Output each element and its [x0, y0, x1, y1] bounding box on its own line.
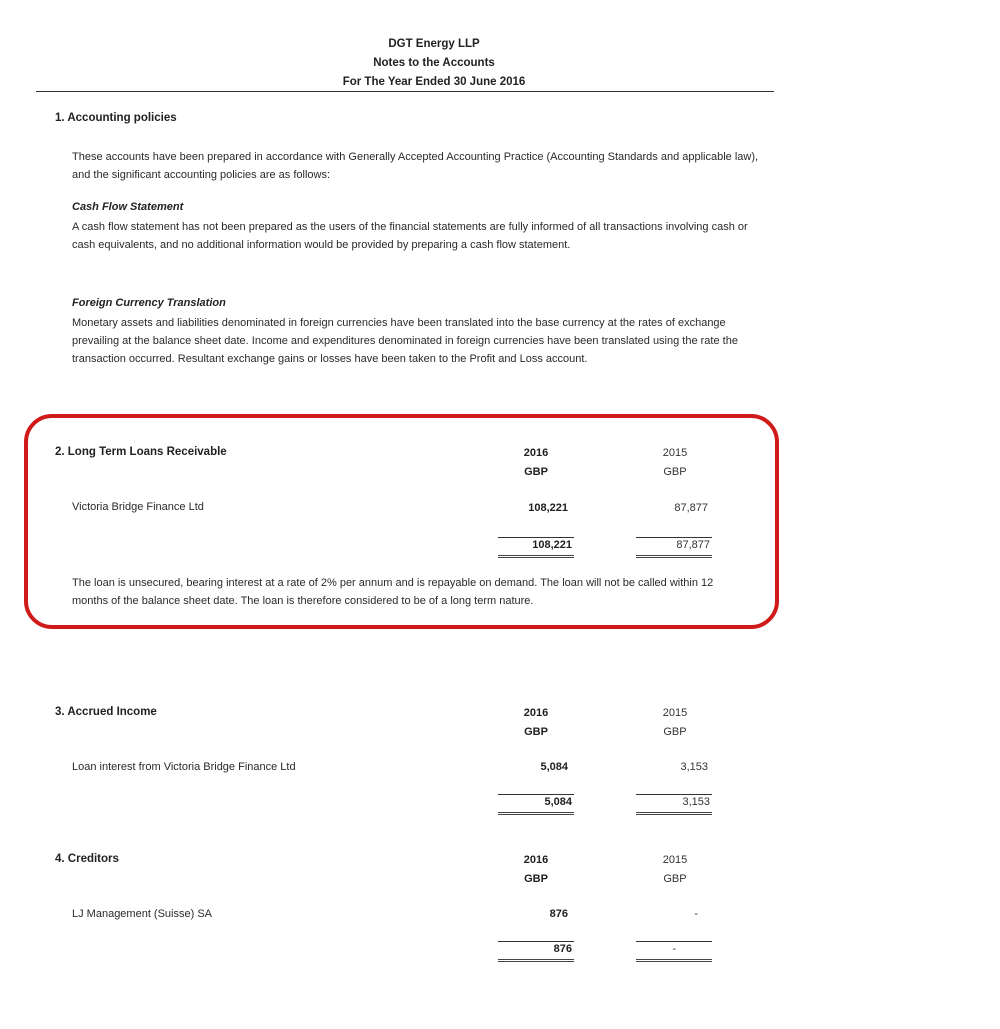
column-year-2015: 2015 GBP	[640, 851, 710, 889]
column-year-2015: 2015 GBP	[640, 704, 710, 742]
total-2016: 876	[498, 941, 574, 958]
year-label: 2016	[501, 444, 571, 463]
total-2015: -	[636, 941, 712, 958]
currency-label: GBP	[640, 463, 710, 482]
column-year-2016: 2016 GBP	[501, 444, 571, 482]
reporting-period: For The Year Ended 30 June 2016	[0, 76, 868, 88]
document-page: DGT Energy LLP Notes to the Accounts For…	[0, 0, 1000, 1029]
currency-label: GBP	[501, 870, 571, 889]
row-label-loan: Victoria Bridge Finance Ltd	[72, 501, 204, 513]
year-label: 2016	[501, 704, 571, 723]
accounting-policies-intro: These accounts have been prepared in acc…	[72, 148, 772, 184]
amount-2015: 87,877	[628, 502, 708, 514]
amount-2016: 5,084	[488, 761, 568, 773]
currency-label: GBP	[501, 723, 571, 742]
year-label: 2016	[501, 851, 571, 870]
total-amount-2015: -	[596, 943, 676, 955]
currency-label: GBP	[501, 463, 571, 482]
total-amount-2016: 876	[492, 943, 572, 955]
year-label: 2015	[640, 444, 710, 463]
year-label: 2015	[640, 851, 710, 870]
column-year-2016: 2016 GBP	[501, 851, 571, 889]
total-amount-2015: 3,153	[630, 796, 710, 808]
foreign-currency-text: Monetary assets and liabilities denomina…	[72, 314, 772, 368]
amount-2015: -	[618, 908, 698, 920]
amount-2016: 108,221	[488, 502, 568, 514]
row-label-creditor: LJ Management (Suisse) SA	[72, 908, 212, 920]
currency-label: GBP	[640, 870, 710, 889]
amount-2016: 876	[488, 908, 568, 920]
header-divider	[36, 91, 774, 92]
section-title-accrued-income: 3. Accrued Income	[55, 706, 157, 718]
column-year-2016: 2016 GBP	[501, 704, 571, 742]
cash-flow-statement-title: Cash Flow Statement	[72, 201, 183, 213]
total-2015: 3,153	[636, 794, 712, 811]
section-title-long-term-loans: 2. Long Term Loans Receivable	[55, 446, 227, 458]
company-name: DGT Energy LLP	[0, 38, 868, 50]
total-amount-2016: 108,221	[492, 539, 572, 551]
total-amount-2015: 87,877	[630, 539, 710, 551]
total-2016: 5,084	[498, 794, 574, 811]
total-amount-2016: 5,084	[492, 796, 572, 808]
section-title-creditors: 4. Creditors	[55, 853, 119, 865]
column-year-2015: 2015 GBP	[640, 444, 710, 482]
section-title-accounting-policies: 1. Accounting policies	[55, 112, 177, 124]
total-2015: 87,877	[636, 537, 712, 554]
row-label-accrued-interest: Loan interest from Victoria Bridge Finan…	[72, 761, 296, 773]
cash-flow-statement-text: A cash flow statement has not been prepa…	[72, 218, 772, 254]
loan-note: The loan is unsecured, bearing interest …	[72, 574, 752, 610]
total-2016: 108,221	[498, 537, 574, 554]
amount-2015: 3,153	[628, 761, 708, 773]
document-subtitle: Notes to the Accounts	[0, 57, 868, 69]
currency-label: GBP	[640, 723, 710, 742]
year-label: 2015	[640, 704, 710, 723]
foreign-currency-title: Foreign Currency Translation	[72, 297, 226, 309]
